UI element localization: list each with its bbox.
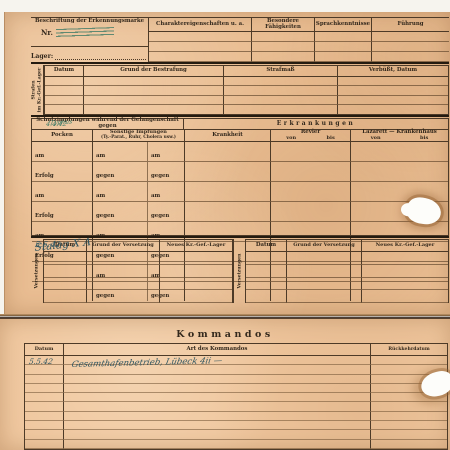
punishments-empty-cell — [45, 105, 83, 114]
transfers-cell — [361, 278, 448, 291]
pocken-row-label: Erfolg — [32, 212, 54, 219]
kommandos-col-datum: Datum — [25, 344, 63, 356]
traits-empty-cell — [314, 52, 371, 62]
transfers-col-lager: Neues Kr.-Gef.-Lager — [361, 240, 448, 252]
transfers-cell — [246, 278, 286, 291]
transfers-cell — [159, 278, 232, 291]
lager-dotted-line — [55, 52, 146, 60]
punishments-empty-cell — [223, 77, 337, 86]
traits-empty-cell — [251, 32, 314, 42]
transfers-cell — [361, 252, 448, 265]
transfers-cell — [361, 290, 448, 303]
traits-empty-cell — [371, 32, 449, 42]
illness-col-revier: Revier vonbis — [270, 130, 350, 142]
kommandos-row — [25, 421, 447, 430]
vacc-col-sonstige: Sonstige Impfungen (Ty.-Parat., Ruhr, Ch… — [92, 130, 184, 142]
punishments-empty-cell — [337, 77, 448, 86]
transfers-section: Versetzungen Datum Grund der Versetzung … — [31, 239, 449, 303]
lazarett-von-label: von — [371, 136, 381, 141]
traits-empty-cell — [371, 52, 449, 62]
illness-empty-cell — [270, 202, 350, 222]
transfers-cell — [44, 290, 86, 303]
vaccination-row: Erfolg gegen gegen — [32, 202, 448, 222]
punishments-col-datum: Datum — [45, 66, 83, 77]
kommandos-title: Kommandos — [0, 329, 450, 340]
transfers-cell — [246, 265, 286, 278]
section-divider — [31, 62, 449, 64]
illness-col-krankheit: Krankheit — [184, 130, 270, 142]
transfers-side-label: Versetzungen — [233, 239, 246, 303]
section-divider — [31, 236, 449, 238]
transfers-side-label-text: Versetzungen — [34, 254, 39, 289]
transfers-cell — [286, 278, 361, 291]
traits-empty-cell — [149, 32, 251, 42]
sonstige2-row-label: am — [148, 192, 160, 199]
transfers-cell — [86, 290, 159, 303]
vaccinations-illnesses-section: Schutzimpfungen während der Gefangenscha… — [31, 118, 449, 236]
sonstige1-row-label: gegen — [93, 212, 114, 219]
vacc-col-pocken: Pocken — [32, 130, 92, 142]
punishments-empty-cell — [223, 86, 337, 95]
sonstige1-row-label: gegen — [93, 172, 114, 179]
card-upper: Beschriftung der Erkennungsmarke Nr. Lag… — [4, 12, 450, 314]
kommandos-row: 5.5.42 Gesamthafenbetrieb, Lübeck 4ii — — [25, 356, 447, 365]
punishments-section: Strafen im Kr.-Gef.-Lager Datum Grund de… — [31, 65, 449, 115]
traits-col-conduct: Führung — [371, 18, 449, 32]
punishments-side-label: Strafen im Kr.-Gef.-Lager — [31, 65, 44, 115]
transfers-cell — [361, 265, 448, 278]
traits-empty-cell — [314, 32, 371, 42]
traits-col-skills: Besondere Fähigkeiten — [251, 18, 314, 32]
punishments-empty-cell — [337, 96, 448, 105]
transfers-table-left: Versetzungen Datum Grund der Versetzung … — [31, 239, 233, 303]
sonstige1-row-label: am — [93, 152, 105, 159]
punishments-side-label-line1: Strafen — [32, 80, 37, 99]
punishments-col-strafmass: Strafmaß — [223, 66, 337, 77]
traits-empty-cell — [314, 42, 371, 52]
punishments-empty-cell — [83, 96, 223, 105]
kommandos-art-cell: Gesamthafenbetrieb, Lübeck 4ii — — [63, 356, 371, 365]
kommandos-col-rueckkehr: Rückkehrdatum — [371, 344, 447, 356]
kommandos-row — [25, 384, 447, 393]
sonstige2-row-label: gegen — [148, 212, 169, 219]
pocken-row-label: am — [32, 152, 44, 159]
lager-label: Lager: — [31, 53, 53, 60]
transfers-cell — [86, 265, 159, 278]
punishments-col-grund: Grund der Bestrafung — [83, 66, 223, 77]
nr-value-scribble — [56, 27, 114, 39]
punishments-empty-cell — [45, 86, 83, 95]
kommandos-table: Datum Art des Kommandos Rückkehrdatum 5.… — [24, 343, 448, 450]
transfers-cell — [286, 252, 361, 265]
transfers-table-right: Versetzungen Datum Grund der Versetzung … — [233, 239, 449, 303]
punishments-empty-cell — [83, 105, 223, 114]
illness-empty-cell — [184, 162, 270, 182]
traits-col-languages: Sprachkenntnisse — [314, 18, 371, 32]
card-lower: Kommandos Datum Art des Kommandos Rückke… — [0, 319, 450, 450]
pocken-row-label: am — [32, 192, 44, 199]
identity-and-traits-section: Beschriftung der Erkennungsmarke Nr. Lag… — [31, 17, 449, 62]
transfers-cell — [86, 278, 159, 291]
kommandos-row — [25, 430, 447, 439]
punishments-side-label-line2: im Kr.-Gef.-Lager — [37, 68, 42, 113]
transfers-side-label-text: Versetzungen — [237, 254, 242, 289]
transfers-cell — [44, 265, 86, 278]
vaccination-row: am am4.4.42 am — [32, 142, 448, 162]
transfers-cell — [159, 265, 232, 278]
vaccination-row: am am am — [32, 182, 448, 202]
transfers-cell — [286, 265, 361, 278]
vacc-col-sonstige-line2: (Ty.-Parat., Ruhr, Cholera usw.) — [101, 136, 176, 141]
punishments-empty-cell — [223, 96, 337, 105]
punishments-col-verbuesst: Verbüßt, Datum — [337, 66, 448, 77]
kommandos-rueck-cell — [371, 356, 447, 365]
sonstige2-row-label: am — [148, 152, 160, 159]
illness-empty-cell — [350, 142, 448, 162]
punishments-empty-cell — [337, 86, 448, 95]
traits-empty-cell — [371, 42, 449, 52]
kommandos-row — [25, 412, 447, 421]
pow-record-card-scan: Beschriftung der Erkennungsmarke Nr. Lag… — [0, 0, 450, 450]
transfers-cell — [246, 252, 286, 265]
illness-empty-cell — [184, 202, 270, 222]
kommandos-datum-cell: 5.5.42 — [25, 356, 63, 365]
illness-empty-cell — [270, 182, 350, 202]
kommandos-row — [25, 393, 447, 402]
punishments-empty-cell — [337, 105, 448, 114]
vaccination-row: Erfolg gegenTyphus gegen — [32, 162, 448, 182]
traits-empty-cell — [149, 42, 251, 52]
lazarett-bis-label: bis — [420, 136, 428, 141]
kommandos-row — [25, 375, 447, 384]
transfers-cell — [44, 278, 86, 291]
traits-col-character: Charaktereigenschaften u. a. — [149, 18, 251, 32]
traits-empty-cell — [251, 52, 314, 62]
traits-empty-cell — [251, 42, 314, 52]
sonstige2-row-label: gegen — [148, 172, 169, 179]
illness-empty-cell — [270, 162, 350, 182]
revier-bis-label: bis — [327, 136, 335, 141]
handwriting-vacc-against: Typhus — [49, 119, 72, 126]
punishments-table: Datum Grund der Bestrafung Strafmaß Verb… — [44, 65, 449, 115]
sonstige1-row-label: am — [93, 192, 105, 199]
identity-tag-title: Beschriftung der Erkennungsmarke — [33, 19, 146, 25]
illness-col-lazarett: Lazarett — Krankenhaus vonbis — [350, 130, 448, 142]
transfers-cell — [86, 252, 159, 265]
transfers-cell — [246, 290, 286, 303]
illness-empty-cell — [270, 142, 350, 162]
transfers-col-lager: Neues Kr.-Gef.-Lager — [159, 240, 232, 252]
punishments-empty-cell — [223, 105, 337, 114]
identity-tag-box: Beschriftung der Erkennungsmarke Nr. Lag… — [31, 17, 149, 62]
handwriting-kommando-date: 5.5.42 — [28, 358, 53, 366]
nr-label: Nr. — [41, 28, 53, 37]
traits-empty-cell — [149, 52, 251, 62]
pocken-row-label: Erfolg — [32, 172, 54, 179]
kommandos-row — [25, 440, 447, 449]
transfers-col-grund: Grund der Versetzung — [86, 240, 159, 252]
transfers-cell — [159, 290, 232, 303]
illness-empty-cell — [184, 182, 270, 202]
punishments-empty-cell — [83, 86, 223, 95]
transfers-cell — [286, 290, 361, 303]
illness-empty-cell — [350, 182, 448, 202]
punishments-empty-cell — [45, 77, 83, 86]
traits-table: Charaktereigenschaften u. a. Besondere F… — [149, 17, 449, 62]
transfers-cell: 5.5.42 — [44, 252, 86, 265]
transfers-col-grund: Grund der Versetzung — [286, 240, 361, 252]
kommandos-col-art: Art des Kommandos — [63, 344, 371, 356]
illness-empty-cell — [184, 142, 270, 162]
illness-empty-cell — [350, 162, 448, 182]
transfers-col-datum: Datum — [246, 240, 286, 252]
revier-von-label: von — [286, 136, 296, 141]
punishments-empty-cell — [83, 77, 223, 86]
punishments-empty-cell — [45, 96, 83, 105]
kommandos-row — [25, 402, 447, 411]
transfers-cell: Stalag X A — [159, 252, 232, 265]
